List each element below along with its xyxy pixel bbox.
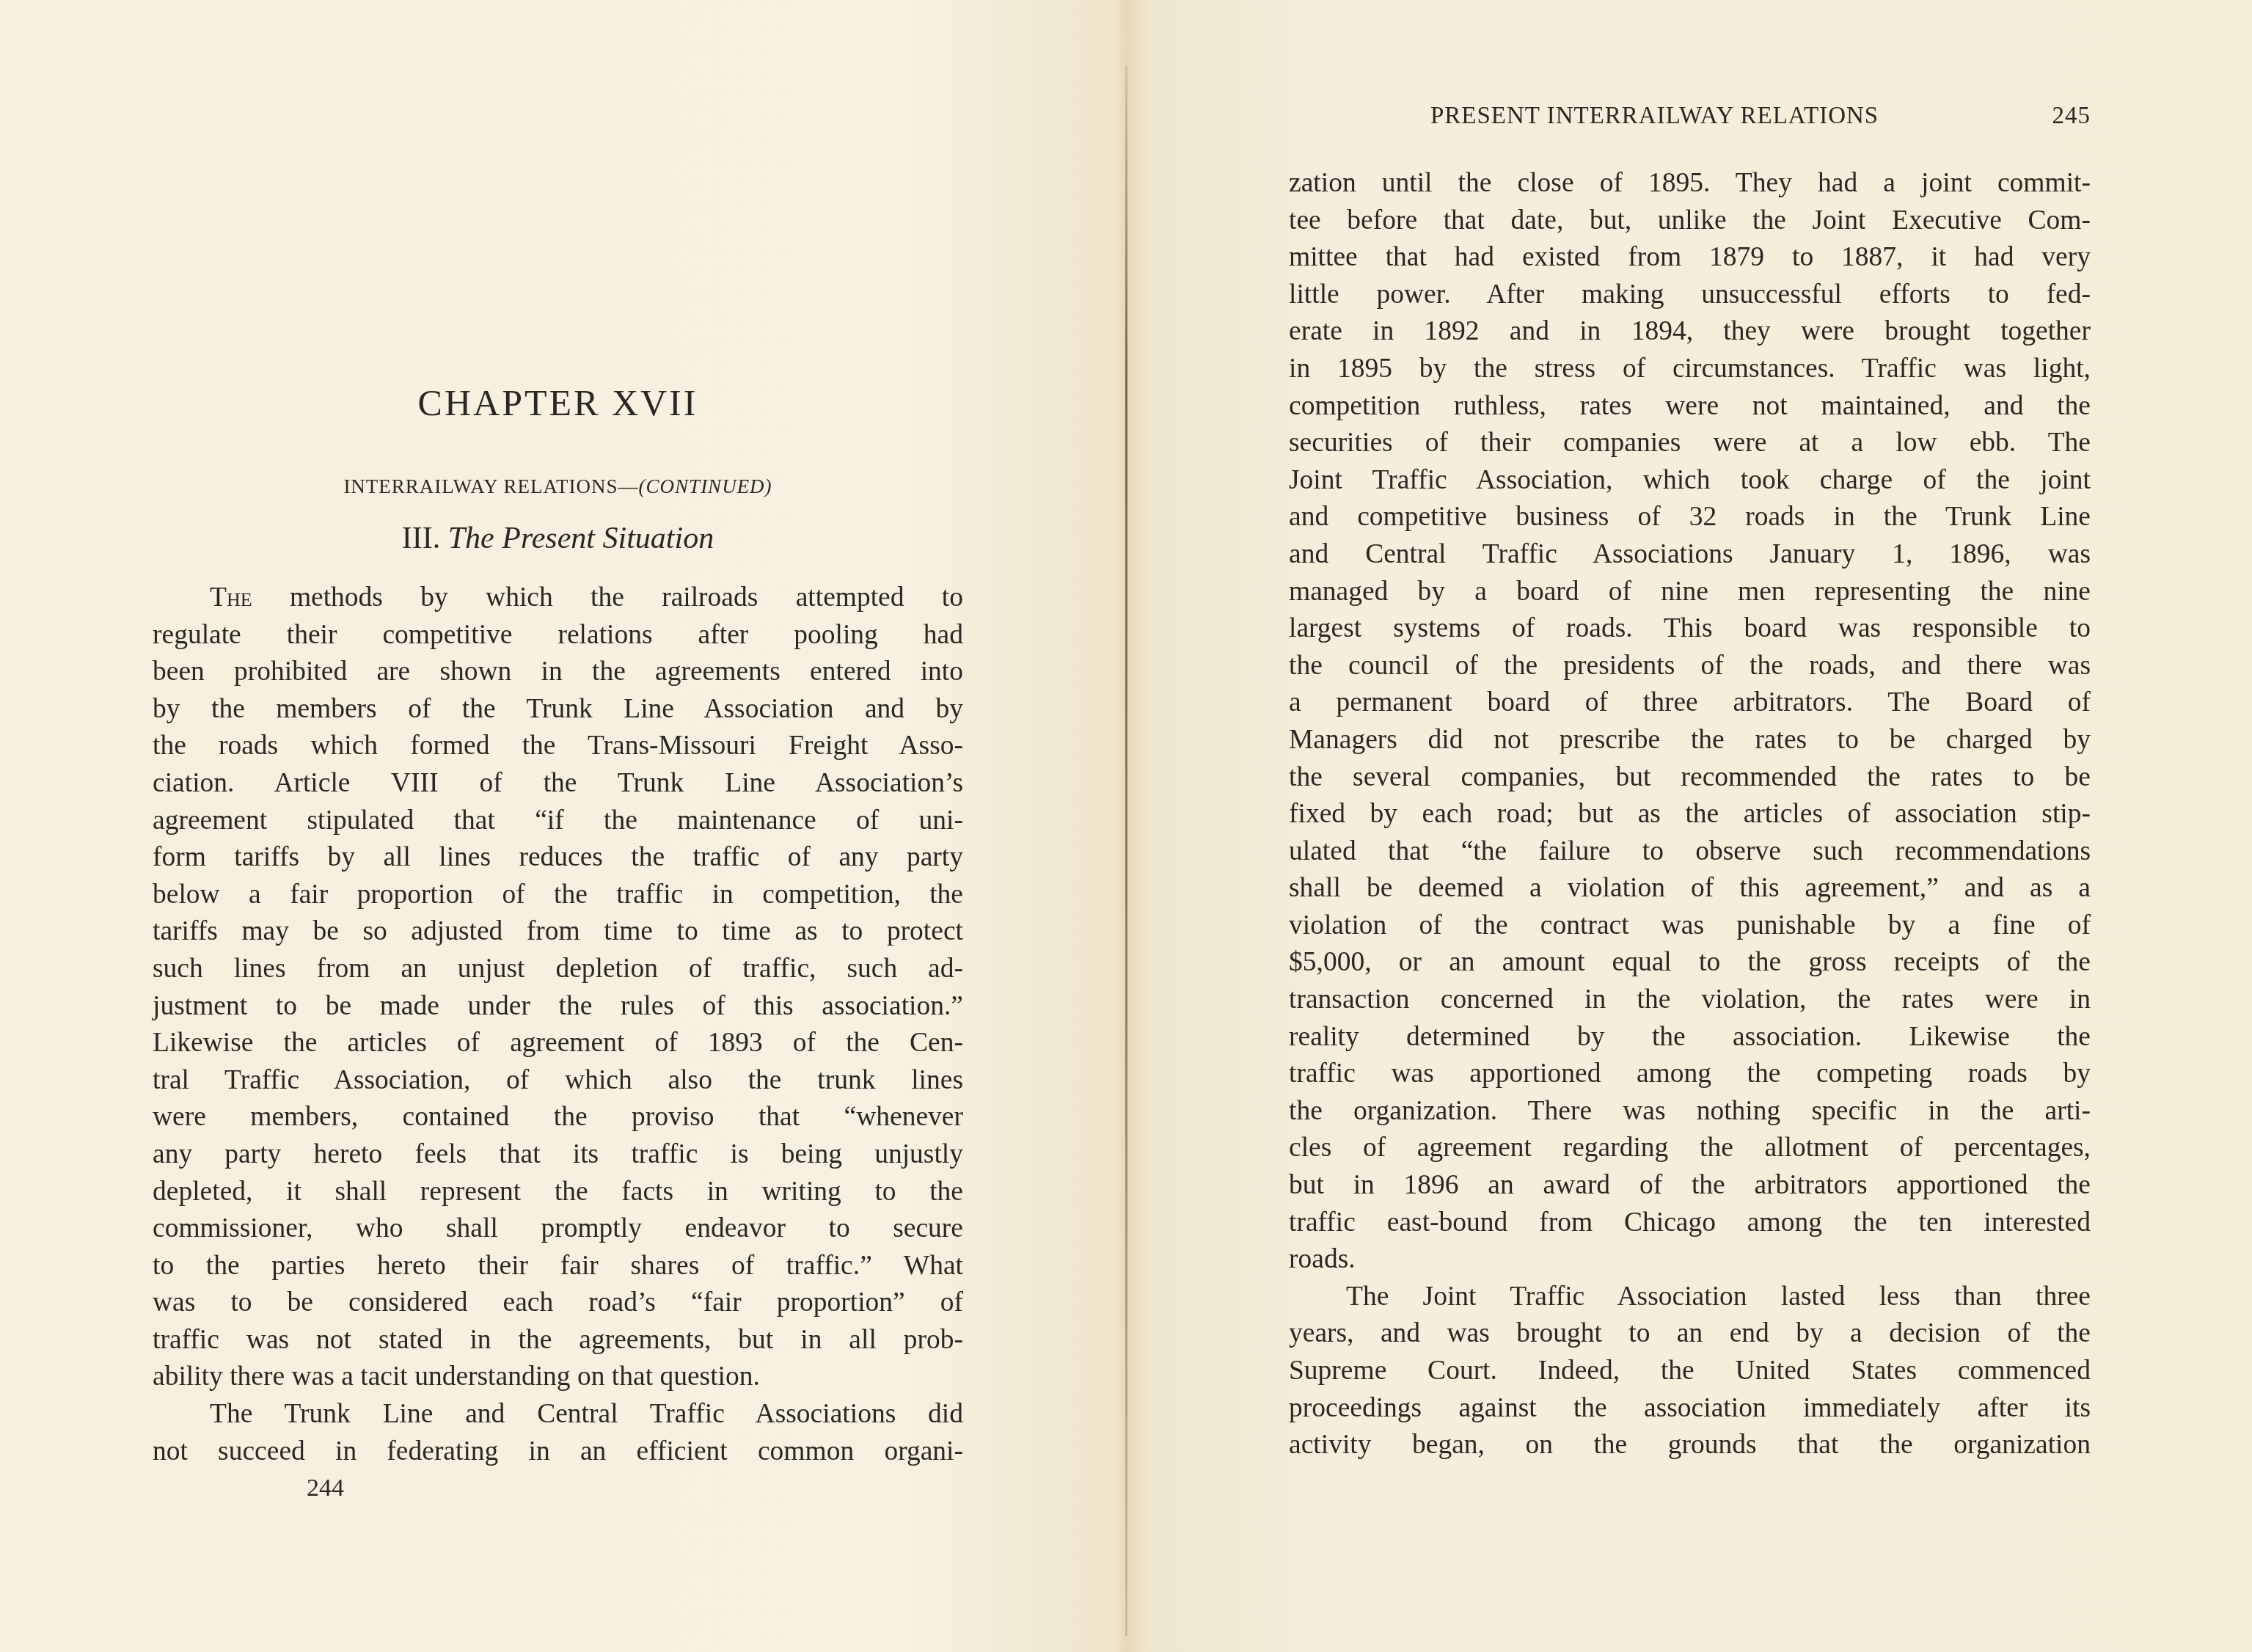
book-spread: CHAPTER XVII INTERRAILWAY RELATIONS—(CON… <box>0 0 2252 1652</box>
chapter-title: CHAPTER XVII <box>153 381 963 424</box>
text-line: $5,000, or an amount equal to the gross … <box>1289 944 2091 982</box>
chapter-subtitle: INTERRAILWAY RELATIONS—(CONTINUED) <box>153 475 963 498</box>
text-line: cles of agreement regarding the allotmen… <box>1289 1130 2091 1167</box>
text-line: reality determined by the association. L… <box>1289 1019 2091 1056</box>
text-line: little power. After making unsuccessful … <box>1289 277 2091 314</box>
text-line: a permanent board of three arbitrators. … <box>1289 684 2091 722</box>
text-line: and Central Traffic Associations January… <box>1289 536 2091 574</box>
text-line: traffic was not stated in the agreements… <box>153 1322 963 1359</box>
text-line: regulate their competitive relations aft… <box>153 617 963 654</box>
right-body-text: zation until the close of 1895. They had… <box>1289 165 2091 1464</box>
text-line: commissioner, who shall promptly endeavo… <box>153 1210 963 1248</box>
text-line: been prohibited are shown in the agreeme… <box>153 654 963 691</box>
text-line: the organization. There was nothing spec… <box>1289 1093 2091 1130</box>
text-line: violation of the contract was punishable… <box>1289 907 2091 945</box>
left-body-text: The methods by which the railroads attem… <box>153 580 963 1470</box>
section-number: III. <box>402 522 440 555</box>
text-line: Supreme Court. Indeed, the United States… <box>1289 1353 2091 1390</box>
text-line: Likewise the articles of agreement of 18… <box>153 1025 963 1062</box>
chapter-subtitle-continued: (CONTINUED) <box>639 475 772 497</box>
text-line: were members, contained the proviso that… <box>153 1099 963 1136</box>
running-head: PRESENT INTERRAILWAY RELATIONS 245 <box>1430 103 2091 139</box>
text-line: traffic east-bound from Chicago among th… <box>1289 1205 2091 1242</box>
text-line: fixed by each road; but as the articles … <box>1289 796 2091 833</box>
section-title: The Present Situation <box>448 522 714 555</box>
text-line: activity began, on the grounds that the … <box>1289 1427 2091 1464</box>
text-line: The methods by which the railroads attem… <box>153 580 963 617</box>
section-heading: III. The Present Situation <box>153 521 963 556</box>
text-line: and competitive business of 32 roads in … <box>1289 499 2091 536</box>
left-page: CHAPTER XVII INTERRAILWAY RELATIONS—(CON… <box>0 0 1125 1652</box>
text-line: shall be deemed a violation of this agre… <box>1289 870 2091 907</box>
text-line: managed by a board of nine men represent… <box>1289 574 2091 611</box>
text-line: traffic was apportioned among the compet… <box>1289 1056 2091 1093</box>
page-number-right: 245 <box>2052 103 2091 130</box>
text-line: tariffs may be so adjusted from time to … <box>153 913 963 951</box>
text-line: any party hereto feels that its traffic … <box>153 1136 963 1174</box>
text-line: justment to be made under the rules of t… <box>153 988 963 1026</box>
text-line: tral Traffic Association, of which also … <box>153 1062 963 1100</box>
text-line: years, and was brought to an end by a de… <box>1289 1315 2091 1353</box>
text-line: securities of their companies were at a … <box>1289 425 2091 462</box>
text-line: roads. <box>1289 1241 2091 1279</box>
text-line: below a fair proportion of the traffic i… <box>153 877 963 914</box>
text-line: The Joint Traffic Association lasted les… <box>1289 1279 2091 1316</box>
text-line: The Trunk Line and Central Traffic Assoc… <box>153 1396 963 1433</box>
text-line: Managers did not prescribe the rates to … <box>1289 722 2091 759</box>
text-line: the council of the presidents of the roa… <box>1289 648 2091 685</box>
chapter-subtitle-text: INTERRAILWAY RELATIONS— <box>343 475 638 497</box>
text-line: to the parties hereto their fair shares … <box>153 1248 963 1285</box>
text-line: zation until the close of 1895. They had… <box>1289 165 2091 202</box>
text-line: the several companies, but recommended t… <box>1289 759 2091 797</box>
text-line: largest systems of roads. This board was… <box>1289 610 2091 648</box>
text-line: in 1895 by the stress of circumstances. … <box>1289 351 2091 388</box>
text-line: competition ruthless, rates were not mai… <box>1289 388 2091 425</box>
text-line: ulated that “the failure to observe such… <box>1289 833 2091 871</box>
text-line: the roads which formed the Trans-Missour… <box>153 728 963 765</box>
text-line: ciation. Article VIII of the Trunk Line … <box>153 765 963 803</box>
text-line: erate in 1892 and in 1894, they were bro… <box>1289 313 2091 351</box>
text-line: form tariffs by all lines reduces the tr… <box>153 839 963 877</box>
text-line: agreement stipulated that “if the mainte… <box>153 803 963 840</box>
text-line: not succeed in federating in an efficien… <box>153 1433 963 1471</box>
text-line: Joint Traffic Association, which took ch… <box>1289 462 2091 500</box>
text-line: proceedings against the association imme… <box>1289 1390 2091 1428</box>
text-line: mittee that had existed from 1879 to 188… <box>1289 239 2091 277</box>
page-number-left: 244 <box>307 1474 344 1502</box>
text-line: depleted, it shall represent the facts i… <box>153 1174 963 1211</box>
drop-word: The <box>210 582 252 613</box>
text-line: but in 1896 an award of the arbitrators … <box>1289 1167 2091 1205</box>
text-line: by the members of the Trunk Line Associa… <box>153 691 963 728</box>
running-head-title: PRESENT INTERRAILWAY RELATIONS <box>1430 103 1879 130</box>
text-line: ability there was a tacit understanding … <box>153 1359 963 1396</box>
text-line: such lines from an unjust depletion of t… <box>153 951 963 988</box>
text-line: tee before that date, but, unlike the Jo… <box>1289 202 2091 240</box>
text-line: transaction concerned in the violation, … <box>1289 982 2091 1019</box>
text-line: was to be considered each road’s “fair p… <box>153 1284 963 1322</box>
